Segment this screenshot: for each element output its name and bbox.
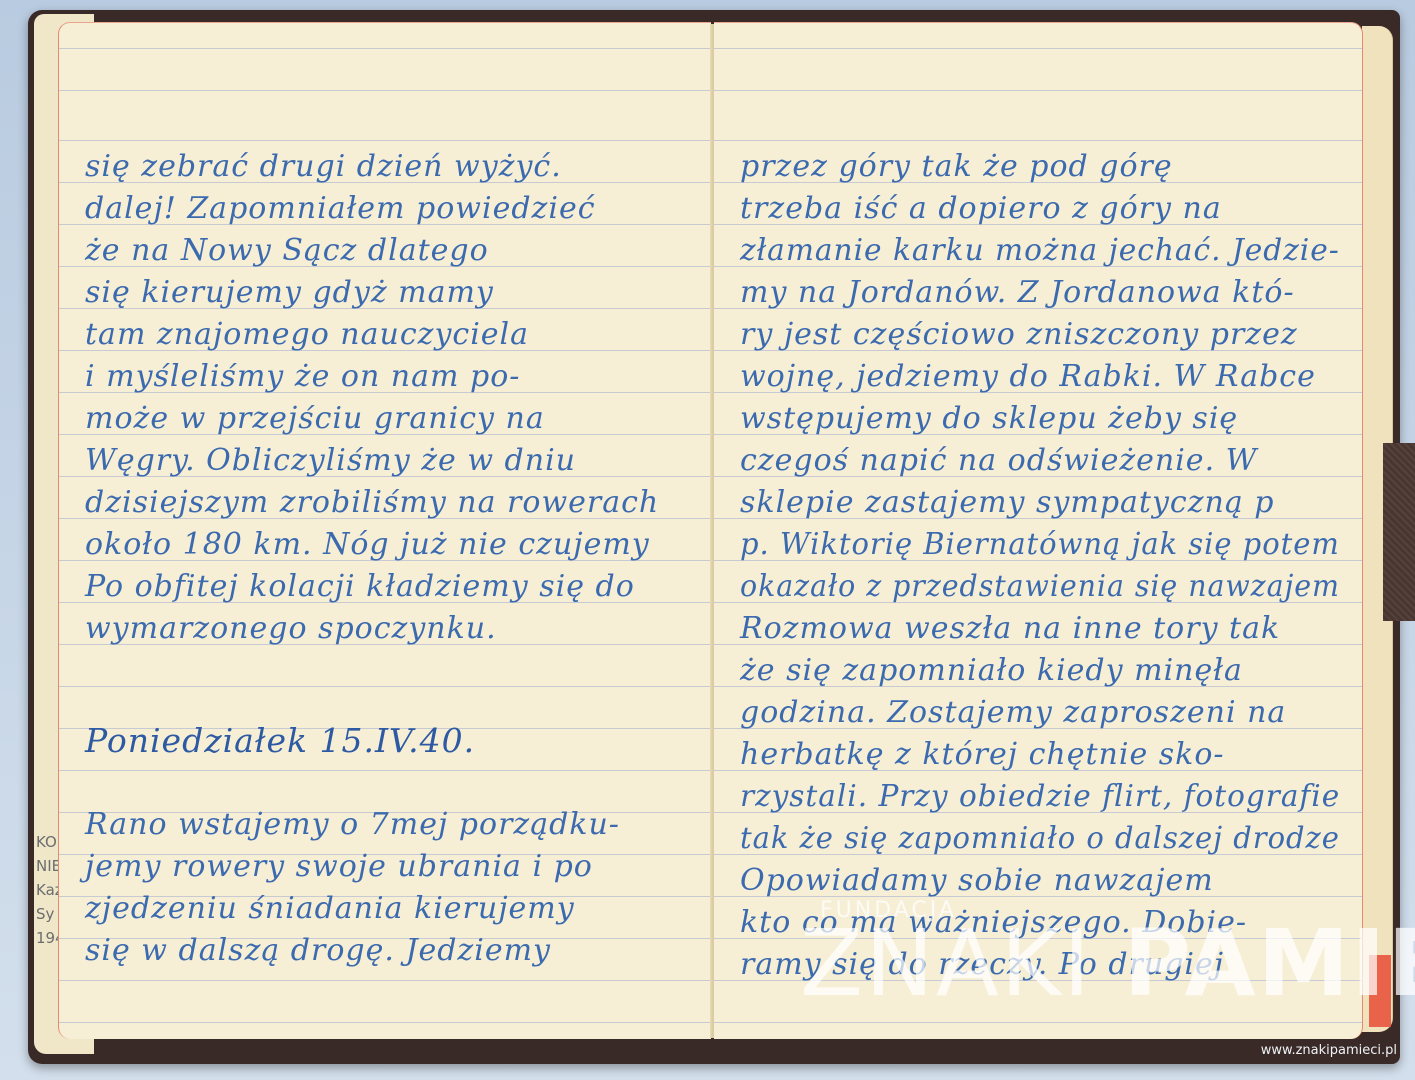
handwritten-line: Po obfitej kolacji kładziemy się do — [85, 569, 635, 604]
handwritten-line: p. Wiktorię Biernatówną jak się potem — [740, 527, 1340, 562]
handwritten-line: Rozmowa weszła na inne tory tak — [740, 611, 1280, 646]
handwritten-line: że na Nowy Sącz dlatego — [85, 233, 489, 268]
left-page: się zebrać drugi dzień wyżyć. dalej! Zap… — [58, 22, 711, 1039]
right-page: przez góry tak że pod górę trzeba iść a … — [714, 22, 1363, 1039]
handwritten-line: złamanie karku można jechać. Jedzie- — [740, 233, 1340, 268]
handwritten-line: dzisiejszym zrobiliśmy na rowerach — [85, 485, 659, 520]
handwritten-line: godzina. Zostajemy zaproszeni na — [740, 695, 1286, 730]
handwritten-line: około 180 km. Nóg już nie czujemy — [85, 527, 650, 562]
handwritten-line: tak że się zapomniało o dalszej drodze — [740, 821, 1340, 856]
handwritten-line: okazało z przedstawienia się nawzajem — [740, 569, 1340, 604]
handwritten-line: kto co ma ważniejszego. Dobie- — [740, 905, 1247, 940]
handwritten-line: przez góry tak że pod górę — [740, 149, 1173, 184]
handwritten-line: herbatkę z której chętnie sko- — [740, 737, 1225, 772]
handwritten-line: ry jest częściowo zniszczony przez — [740, 317, 1298, 352]
handwritten-line: się zebrać drugi dzień wyżyć. — [85, 149, 562, 184]
watermark-url: www.znakipamieci.pl — [1261, 1043, 1397, 1058]
handwritten-line: tam znajomego nauczyciela — [85, 317, 529, 352]
handwritten-line: wojnę, jedziemy do Rabki. W Rabce — [740, 359, 1316, 394]
handwritten-line: dalej! Zapomniałem powiedzieć — [85, 191, 596, 226]
handwritten-line: wymarzonego spoczynku. — [85, 611, 497, 646]
closure-strap — [1383, 443, 1415, 621]
handwritten-line: zjedzeniu śniadania kierujemy — [85, 891, 575, 926]
handwritten-line: Węgry. Obliczyliśmy że w dniu — [85, 443, 576, 478]
handwritten-line: ramy się do rzeczy. Po drugiej — [740, 947, 1224, 982]
handwritten-line: może w przejściu granicy na — [85, 401, 545, 436]
handwritten-line: trzeba iść a dopiero z góry na — [740, 191, 1222, 226]
watermark-accent-bar — [1369, 955, 1391, 1027]
handwritten-line: sklepie zastajemy sympatyczną p — [740, 485, 1274, 520]
handwritten-line: Rano wstajemy o 7mej porządku- — [85, 807, 620, 842]
handwritten-line: wstępujemy do sklepu żeby się — [740, 401, 1238, 436]
entry-date: Poniedziałek 15.IV.40. — [85, 721, 475, 760]
handwritten-line: się w dalszą drogę. Jedziemy — [85, 933, 551, 968]
handwritten-line: się kierujemy gdyż mamy — [85, 275, 494, 310]
handwritten-line: i myśleliśmy że on nam po- — [85, 359, 520, 394]
handwritten-line: że się zapomniało kiedy minęła — [740, 653, 1243, 688]
handwritten-line: my na Jordanów. Z Jordanowa któ- — [740, 275, 1295, 310]
handwritten-line: rzystali. Przy obiedzie flirt, fotografi… — [740, 779, 1340, 814]
handwritten-line: Opowiadamy sobie nawzajem — [740, 863, 1214, 898]
handwritten-line: jemy rowery swoje ubrania i po — [85, 849, 593, 884]
handwritten-line: czegoś napić na odświeżenie. W — [740, 443, 1257, 478]
